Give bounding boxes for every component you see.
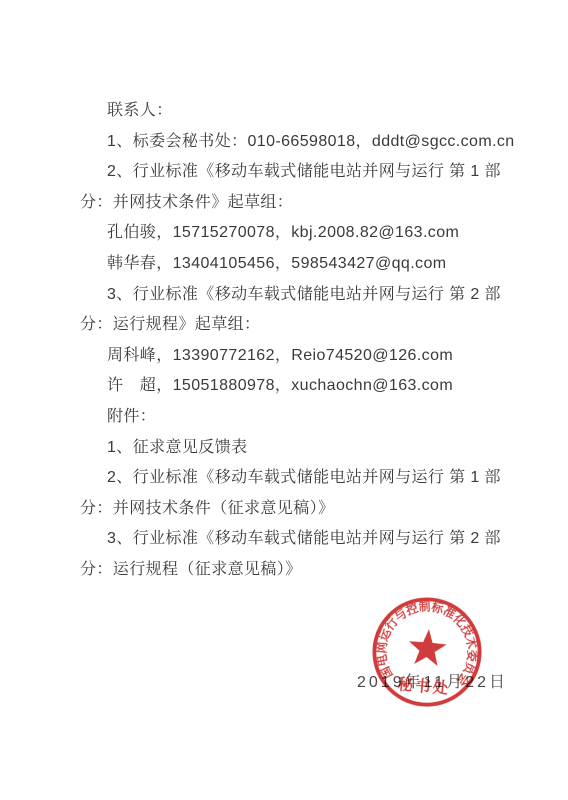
official-seal: 国电网运行与控制标准化技术委员会 秘书处 (361, 586, 493, 718)
document-line: 分：并网技术条件》起草组： (80, 188, 494, 219)
document-line: 联系人： (80, 96, 494, 127)
document-line: 1、标委会秘书处：010-66598018，dddt@sgcc.com.cn (80, 127, 494, 158)
document-page: 联系人：1、标委会秘书处：010-66598018，dddt@sgcc.com.… (0, 0, 568, 800)
document-line: 分：运行规程（征求意见稿）》 (80, 555, 494, 586)
document-line: 许 超，15051880978，xuchaochn@163.com (80, 371, 494, 402)
star-icon (407, 628, 448, 667)
document-line: 分：运行规程》起草组： (80, 310, 494, 341)
seal-icon: 国电网运行与控制标准化技术委员会 秘书处 (361, 586, 493, 718)
document-line: 附件： (80, 402, 494, 433)
document-line: 1、征求意见反馈表 (80, 433, 494, 464)
document-line: 3、行业标准《移动车载式储能电站并网与运行 第 2 部 (80, 280, 494, 311)
document-line: 周科峰，13390772162，Reio74520@126.com (80, 341, 494, 372)
document-line: 韩华春，13404105456，598543427@qq.com (80, 249, 494, 280)
document-line: 2、行业标准《移动车载式储能电站并网与运行 第 1 部 (80, 157, 494, 188)
document-line: 2、行业标准《移动车载式储能电站并网与运行 第 1 部 (80, 463, 494, 494)
seal-bottom-text: 秘书处 (397, 675, 451, 698)
document-lines: 联系人：1、标委会秘书处：010-66598018，dddt@sgcc.com.… (80, 96, 494, 586)
document-line: 分：并网技术条件（征求意见稿）》 (80, 494, 494, 525)
document-line: 孔伯骏，15715270078，kbj.2008.82@163.com (80, 218, 494, 249)
document-line: 3、行业标准《移动车载式储能电站并网与运行 第 2 部 (80, 524, 494, 555)
